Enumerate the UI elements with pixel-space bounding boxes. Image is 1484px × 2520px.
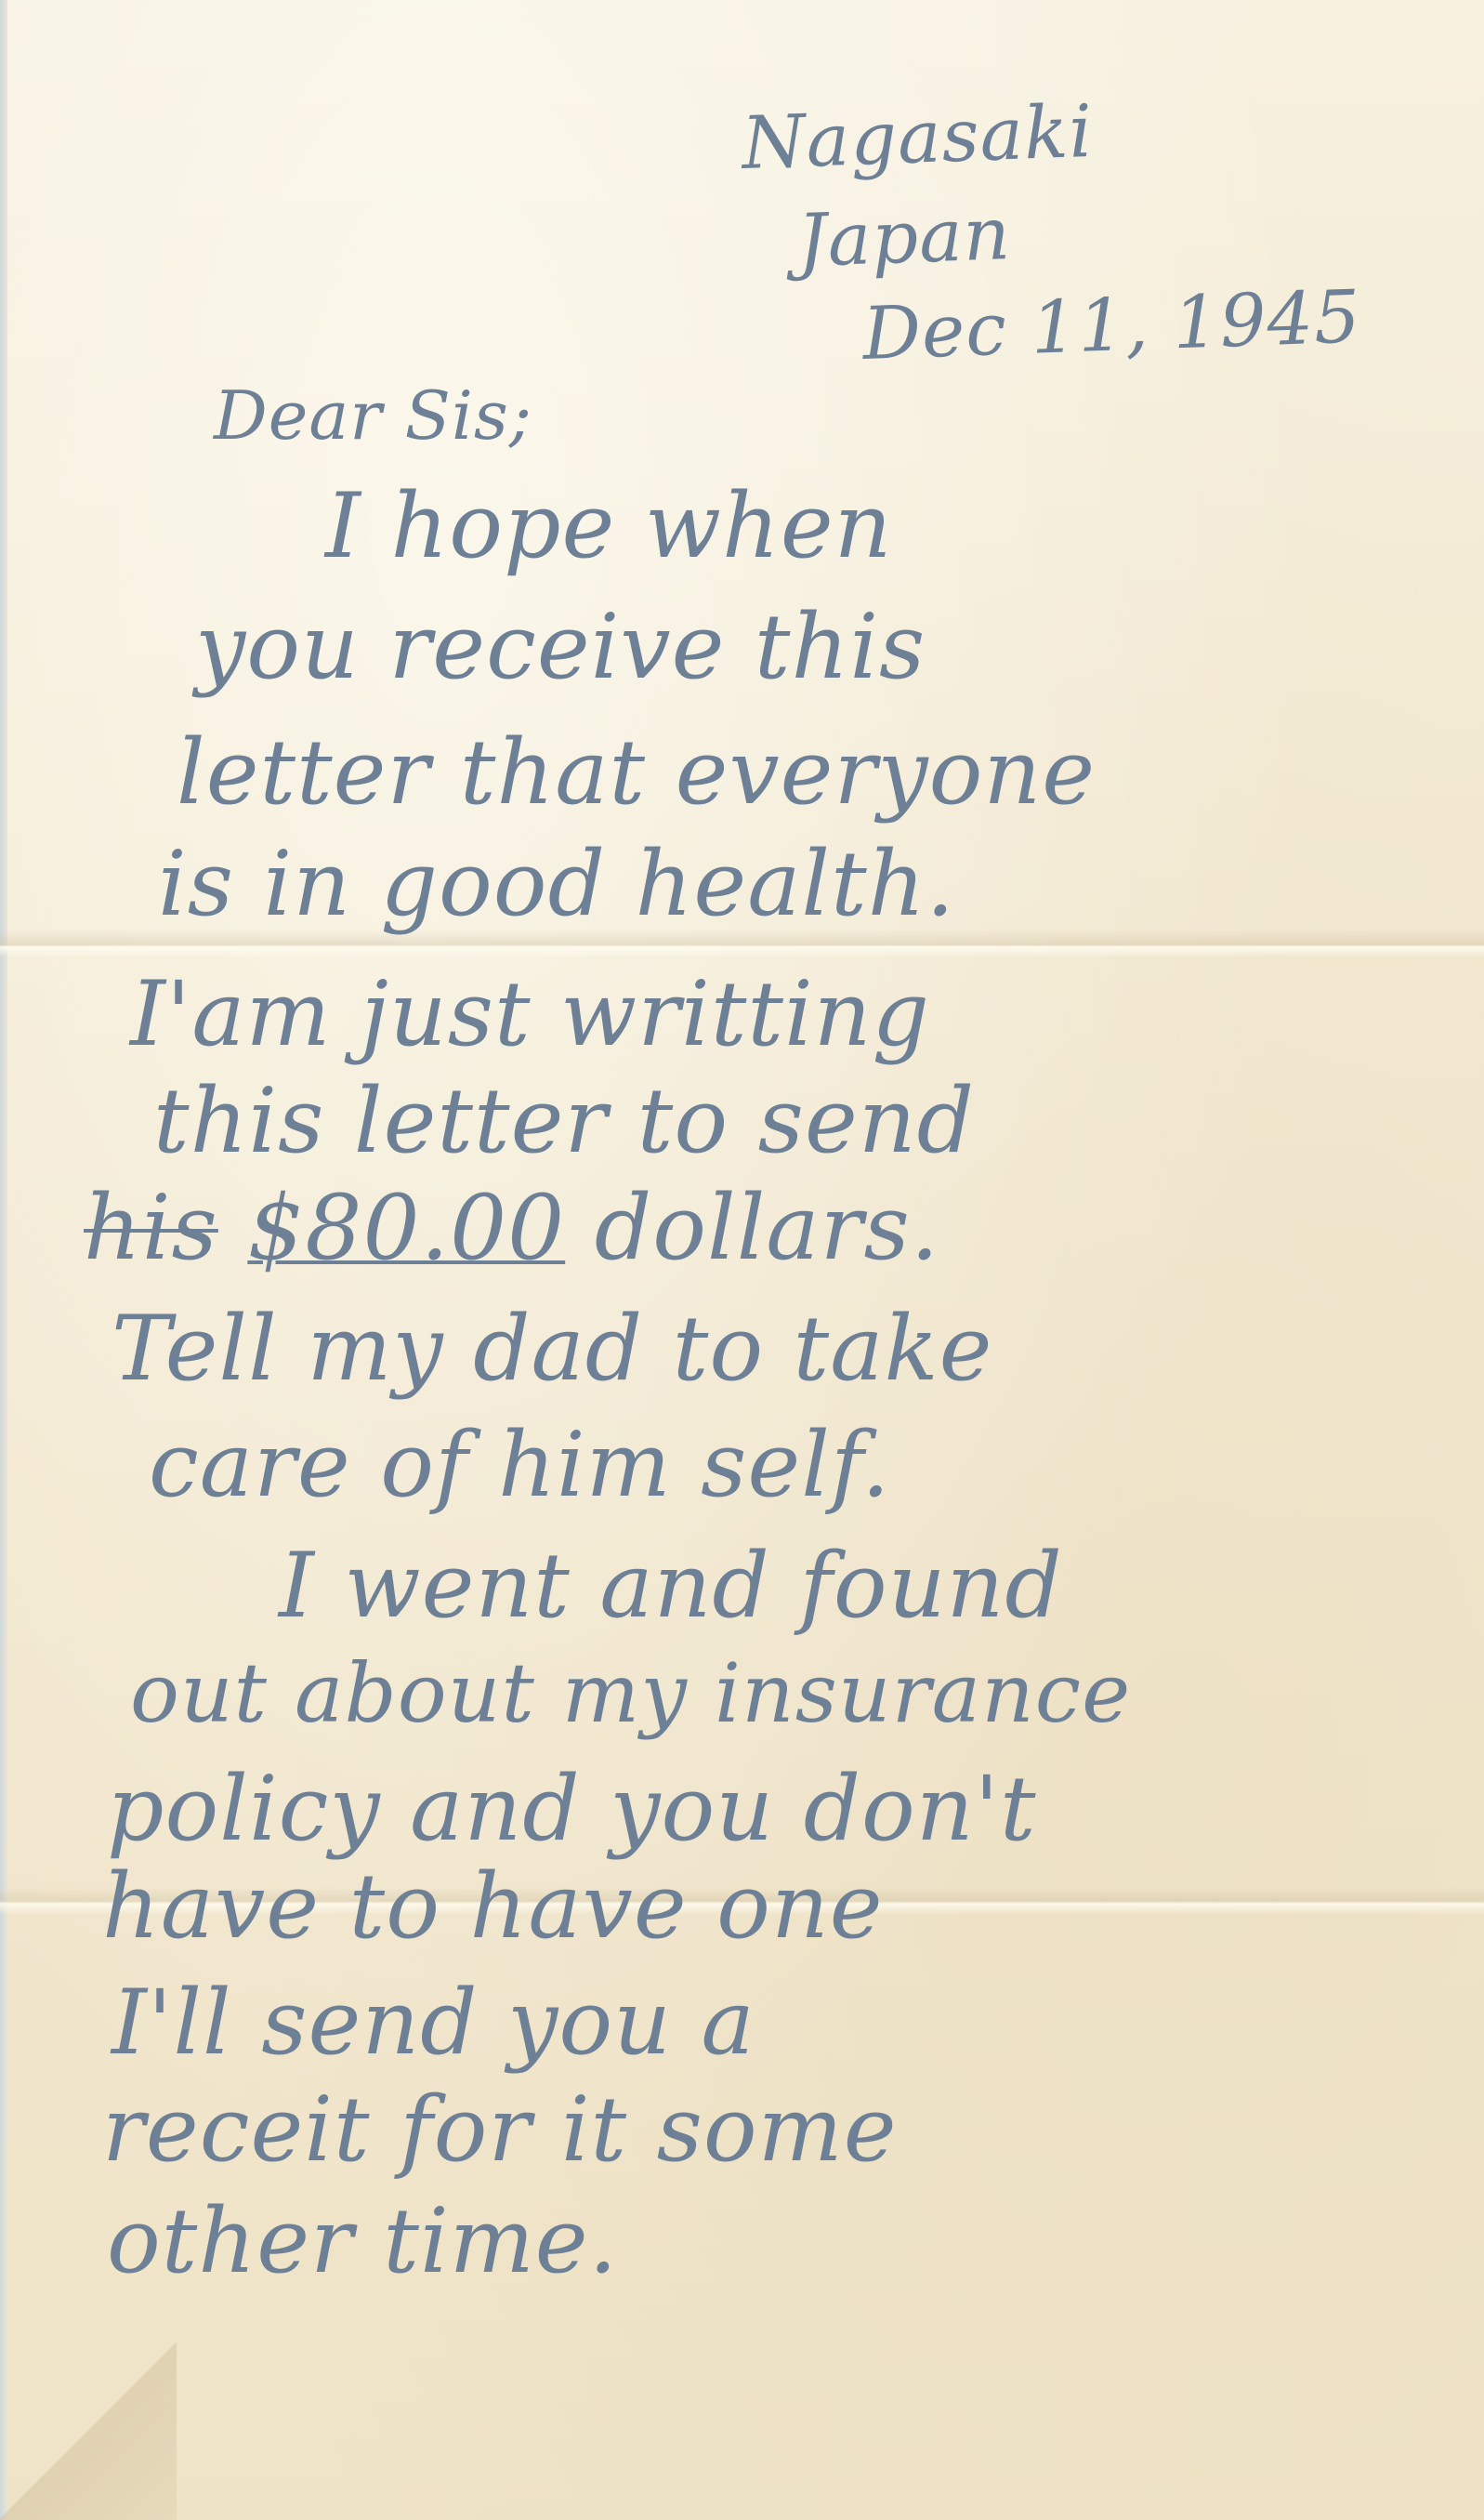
letter-line-12: policy and you don't [107,1757,1037,1861]
heading-place: Nagasaki [741,90,1095,186]
salutation: Dear Sis; [214,376,532,455]
struck-word: his [84,1176,218,1280]
letter-line-6: this letter to send [153,1069,975,1173]
letter-line-9: care of him self. [149,1413,891,1517]
letter-line-3: letter that everyone [177,720,1096,825]
letter-line-7-rest: dollars. [595,1176,940,1280]
letter-line-15: receit for it some [102,2078,898,2182]
heading-country: Japan [796,192,1012,284]
letter-line-8: Tell my dad to take [112,1297,992,1401]
letter-line-7: his $80.00 dollars. [84,1176,939,1280]
letter-line-10: I went and found [279,1534,1063,1638]
letter-line-16: other time. [107,2189,618,2293]
folded-corner [0,2342,177,2520]
paper-left-edge [0,0,7,2520]
letter-line-2: you receive this [195,595,926,699]
letter-line-5: I'am just writting [130,962,930,1066]
letter-line-11: out about my insurance [130,1645,1131,1741]
letter-line-4: is in good health. [158,832,955,936]
letter-paper: Nagasaki Japan Dec 11, 1945 Dear Sis; I … [0,0,1484,2520]
heading-date: Dec 11, 1945 [861,275,1362,376]
letter-line-13: have to have one [102,1854,884,1959]
letter-line-1: I hope when [325,474,892,578]
letter-line-14: I'll send you a [112,1971,755,2075]
money-amount: $80.00 [247,1176,565,1280]
